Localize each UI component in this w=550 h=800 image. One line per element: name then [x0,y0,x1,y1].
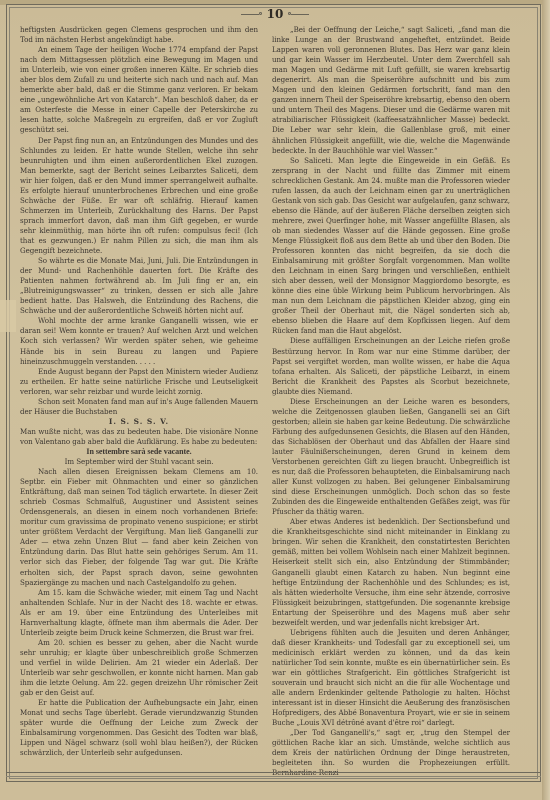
paragraph: Schon seit Monaten fand man auf in's Aug… [20,397,258,417]
page-number: 10 [267,7,284,21]
paragraph: Uebrigens fühlten auch die Jesuiten und … [272,628,510,728]
ornament-right-icon [291,14,309,15]
paragraph: Diese auffälligen Erscheinungen an der L… [272,336,510,396]
paper-stain [0,300,16,332]
inscription-letters: I. S. S. S. V. [20,417,258,427]
paragraph: So währte es die Monate Mai, Juni, Juli.… [20,256,258,316]
paragraph: „Bei der Oeffnung der Leiche,“ sagt Sali… [272,25,510,156]
paragraph: Er hatte die Publication der Aufhebungsa… [20,698,258,758]
page-bottom-rule [6,772,541,777]
paragraph: Am 20. schien es besser zu gehen, aber d… [20,638,258,698]
paragraph: Diese Erscheinungen an der Leiche waren … [272,397,510,518]
prophecy-translation: Im September wird der Stuhl vacant sein. [20,457,258,467]
paragraph: Wohl mochte der arme kranke Ganganelli w… [20,316,258,366]
paragraph: So Saliceti. Man legte die Eingeweide in… [272,156,510,337]
text-columns: heftigsten Ausdrücken gegen Clemens gesp… [20,25,510,755]
paragraph: „Der Tod Ganganelli's,“ sagt er, „trug d… [272,728,510,778]
paragraph: An einem Tage der heiligen Woche 1774 em… [20,45,258,135]
latin-prophecy: In settembre sarà sede vacante. [20,447,258,457]
scanned-page: 10 heftigsten Ausdrücken gegen Clemens g… [0,0,550,800]
left-column: heftigsten Ausdrücken gegen Clemens gesp… [20,25,258,755]
right-column: „Bei der Oeffnung der Leiche,“ sagt Sali… [272,25,510,755]
paragraph: Ende August begann der Papst den Ministe… [20,367,258,397]
ornament-left-icon [241,14,259,15]
paragraph: Aber etwas Anderes ist bedenklich. Der S… [272,517,510,628]
paragraph: Der Papst fing nun an, an Entzündungen d… [20,136,258,257]
paragraph: heftigsten Ausdrücken gegen Clemens gesp… [20,25,258,45]
paragraph: Man wußte nicht, was das zu bedeuten hab… [20,427,258,447]
paragraph: Nach allen diesen Ereignissen bekam Clem… [20,467,258,588]
page-right-edge [542,0,550,800]
page-header: 10 [0,7,550,21]
paragraph: Am 15. kam die Schwäche wieder, mit eine… [20,588,258,638]
